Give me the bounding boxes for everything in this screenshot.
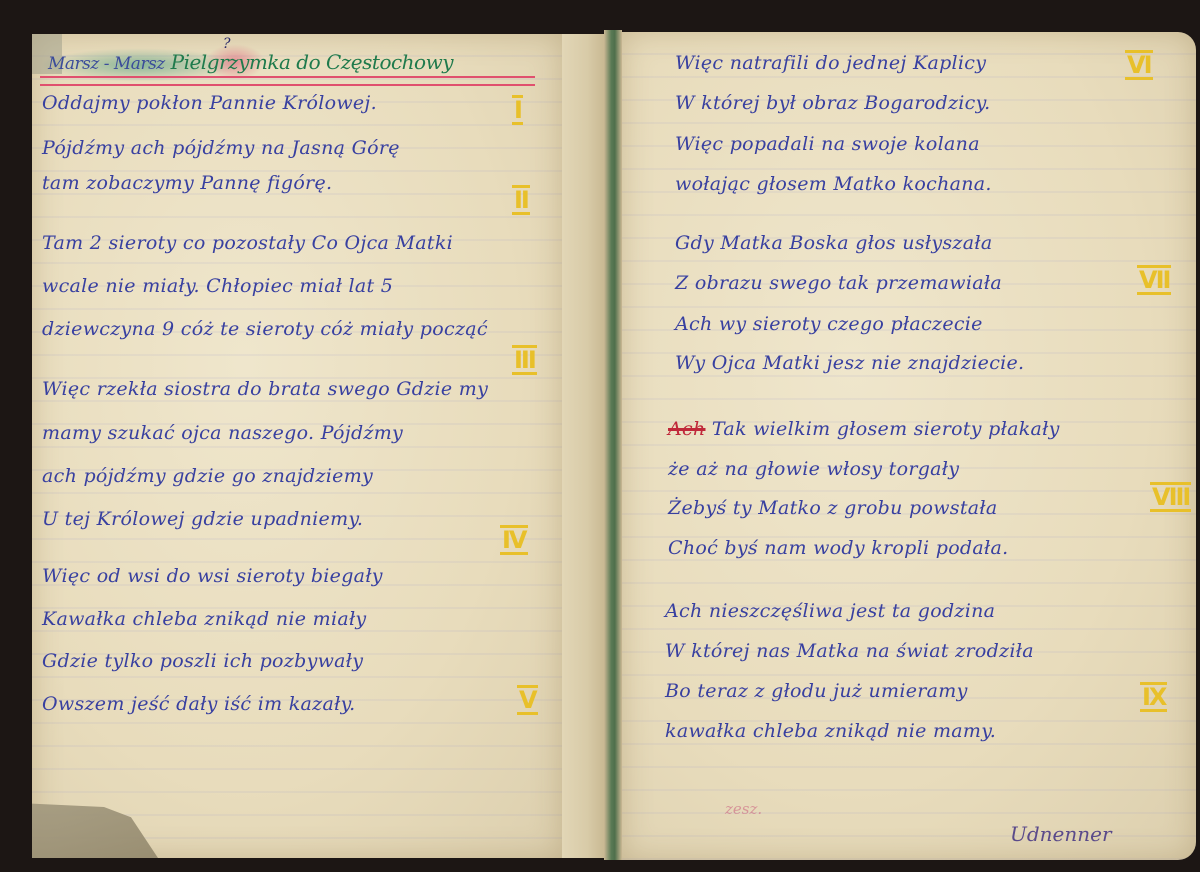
verse-line: U tej Królowej gdzie upadniemy. (42, 508, 363, 530)
verse-line: Wy Ojca Matki jesz nie znajdziecie. (675, 352, 1024, 374)
verse-line: wołając głosem Matko kochana. (675, 173, 992, 195)
verse-line: tam zobaczymy Pannę figórę. (42, 172, 332, 194)
stanza-numeral: I (512, 95, 523, 125)
faded-stamp: zesz. (725, 800, 795, 822)
stanza-numeral: IV (500, 525, 528, 555)
stanza-numeral: IX (1140, 682, 1167, 712)
verse-line: ach pójdźmy gdzie go znajdziemy (42, 465, 373, 487)
verse-line: Kawałka chleba znikąd nie miały (42, 608, 366, 630)
stanza-numeral: VI (1125, 50, 1153, 80)
verse-line: W której był obraz Bogarodzicy. (675, 92, 990, 114)
verse-line: Więc popadali na swoje kolana (675, 133, 980, 155)
stanza-numeral: II (512, 185, 530, 215)
verse-line: Żebyś ty Matko z grobu powstała (668, 497, 998, 519)
verse-line: wcale nie miały. Chłopiec miał lat 5 (42, 275, 393, 297)
struck-word: Ach (668, 418, 706, 440)
verse-line: kawałka chleba znikąd nie mamy. (665, 720, 996, 742)
verse-line: Tam 2 sieroty co pozostały Co Ojca Matki (42, 232, 453, 254)
stanza-numeral: V (517, 685, 538, 715)
stanza-numeral: VII (1137, 265, 1171, 295)
verse-line: Gdy Matka Boska głos usłyszała (675, 232, 992, 254)
verse-line: Z obrazu swego tak przemawiała (675, 272, 1002, 294)
title-correction-mark: ? (223, 36, 231, 52)
title-double-underline (40, 76, 535, 86)
verse-line: Bo teraz z głodu już umieramy (665, 680, 968, 702)
verse-line: Więc od wsi do wsi sieroty biegały (42, 565, 383, 587)
verse-line: W której nas Matka na świat zrodziła (665, 640, 1034, 662)
title-main: Pielgrzymka do Częstochowy (171, 50, 453, 74)
verse-line: Ach wy sieroty czego płaczecie (675, 313, 983, 335)
page-title: Marsz - Marsz Pielgrzymka do Częstochowy… (40, 44, 535, 86)
page-gutter (562, 34, 604, 858)
verse-line: Gdzie tylko poszli ich pozbywały (42, 650, 363, 672)
stanza-numeral: III (512, 345, 537, 375)
notebook-spine (604, 30, 622, 860)
title-prefix: Marsz - Marsz (48, 54, 165, 74)
verse-line: Choć byś nam wody kropli podała. (668, 537, 1008, 559)
stanza-numeral: VIII (1150, 482, 1191, 512)
verse-line: Ach Tak wielkim głosem sieroty płakały (668, 418, 1060, 440)
verse-line: Pójdźmy ach pójdźmy na Jasną Górę (42, 137, 400, 159)
verse-line: dziewczyna 9 cóż te sieroty cóż miały po… (42, 318, 488, 340)
verse-line: Owszem jeść dały iść im kazały. (42, 693, 355, 715)
signature: Udnenner (1010, 822, 1112, 846)
verse-line: Więc natrafili do jednej Kaplicy (675, 52, 986, 74)
verse-line: mamy szukać ojca naszego. Pójdźmy (42, 422, 403, 444)
verse-line: Ach nieszczęśliwa jest ta godzina (665, 600, 995, 622)
verse-line: Więc rzekła siostra do brata swego Gdzie… (42, 378, 488, 400)
verse-line: że aż na głowie włosy torgały (668, 458, 959, 480)
verse-line: Oddajmy pokłon Pannie Królowej. (42, 92, 377, 114)
